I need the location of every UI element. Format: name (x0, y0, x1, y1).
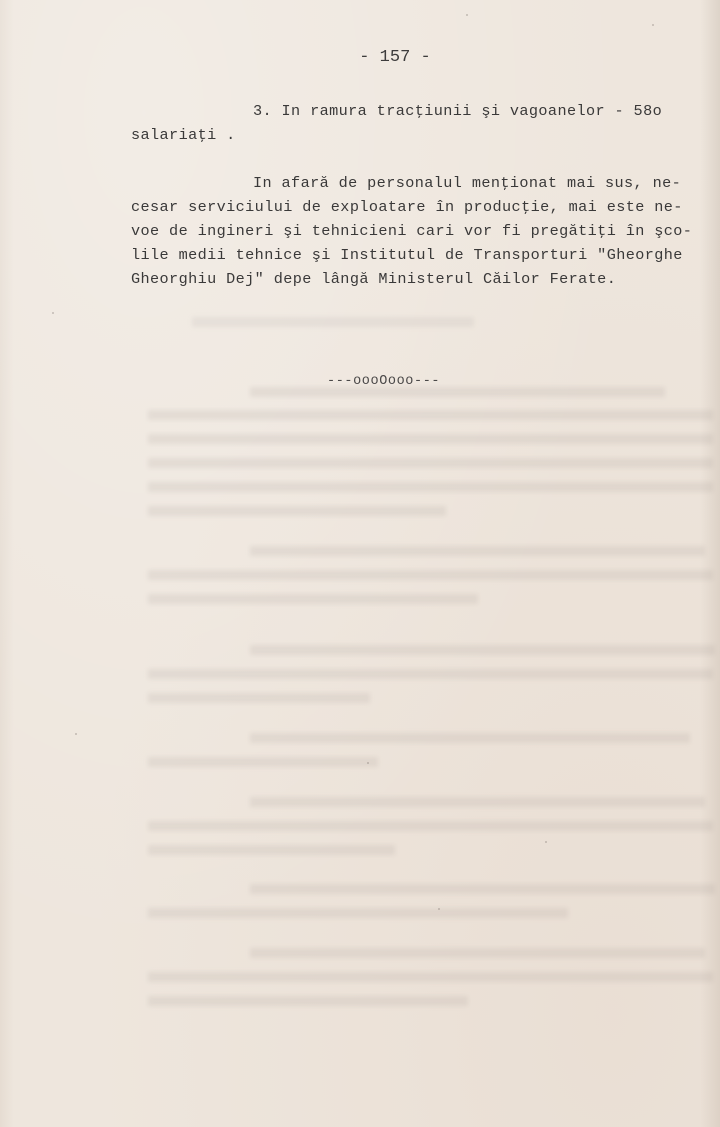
document-page: - 157 - 3. In ramura tracţiunii şi vagoa… (0, 0, 720, 1127)
text-line: cesar serviciului de exploatare în produ… (131, 200, 683, 215)
text-line: salariaţi . (131, 128, 236, 143)
text-line: In afară de personalul menţionat mai sus… (253, 176, 681, 191)
text-line: lile medii tehnice şi Institutul de Tran… (131, 248, 683, 263)
text-line: Gheorghiu Dej" depe lângă Ministerul Căi… (131, 272, 616, 287)
text-line: voe de ingineri şi tehnicieni cari vor f… (131, 224, 692, 239)
section-separator: ---oooOooo--- (327, 374, 440, 389)
page-number: - 157 - (0, 48, 720, 67)
text-line: 3. In ramura tracţiunii şi vagoanelor - … (253, 104, 662, 119)
